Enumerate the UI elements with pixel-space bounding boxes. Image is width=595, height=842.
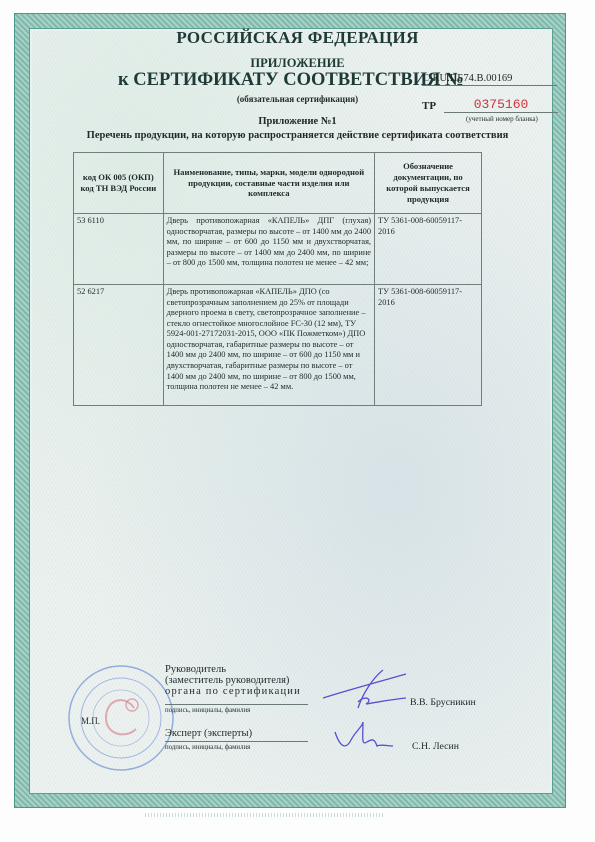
country-title: РОССИЙСКАЯ ФЕДЕРАЦИЯ: [0, 28, 595, 48]
list-title: Перечень продукции, на которую распростр…: [0, 130, 595, 141]
seal-label: М.П.: [81, 716, 100, 726]
head-label-line-2: (заместитель руководителя): [165, 675, 301, 686]
certificate-number: C-RU.ПБ74.В.00169: [422, 73, 557, 86]
expert-signature-icon: [333, 720, 395, 756]
head-label-line-3: органа по сертификации: [165, 686, 301, 697]
header-description: Наименование, типы, марки, модели одноро…: [163, 153, 374, 214]
form-series-label: ТР: [422, 100, 436, 112]
head-signature-icon: [318, 668, 408, 712]
expert-name: С.Н. Лесин: [412, 741, 459, 752]
cell-doc: ТУ 5361-008-60059117-2016: [375, 214, 482, 285]
header-documentation: Обозначение документации, по которой вып…: [375, 153, 482, 214]
table-header-row: код ОК 005 (ОКП) код ТН ВЭД России Наиме…: [74, 153, 482, 214]
expert-sign-caption: подпись, инициалы, фамилия: [165, 741, 308, 751]
cell-code: 52 6217: [74, 285, 164, 406]
microtext-strip: [143, 813, 383, 817]
certificate-heading: к СЕРТИФИКАТУ СООТВЕТСТВИЯ №: [118, 70, 464, 91]
head-sign-caption: подпись, инициалы, фамилия: [165, 704, 308, 714]
cell-description: Дверь противопожарная «КАПЕЛЬ» ДПО (со с…: [163, 285, 374, 406]
head-label-line-1: Руководитель: [165, 664, 301, 675]
form-number: 0375160: [444, 97, 558, 113]
head-name: В.В. Брусникин: [410, 697, 476, 708]
header-code: код ОК 005 (ОКП) код ТН ВЭД России: [74, 153, 164, 214]
appendix-number: Приложение №1: [0, 116, 595, 127]
cell-doc: ТУ 5361-008-60059117-2016: [375, 285, 482, 406]
expert-label: Эксперт (эксперты): [165, 728, 252, 739]
table-row: 52 6217 Дверь противопожарная «КАПЕЛЬ» Д…: [74, 285, 482, 406]
products-table: код ОК 005 (ОКП) код ТН ВЭД России Наиме…: [73, 152, 482, 406]
cell-code: 53 6110: [74, 214, 164, 285]
cell-description: Дверь противопожарная «КАПЕЛЬ» ДПГ (глух…: [163, 214, 374, 285]
head-label: Руководитель (заместитель руководителя) …: [165, 664, 301, 697]
appendix-heading: ПРИЛОЖЕНИЕ: [0, 56, 595, 71]
table-row: 53 6110 Дверь противопожарная «КАПЕЛЬ» Д…: [74, 214, 482, 285]
